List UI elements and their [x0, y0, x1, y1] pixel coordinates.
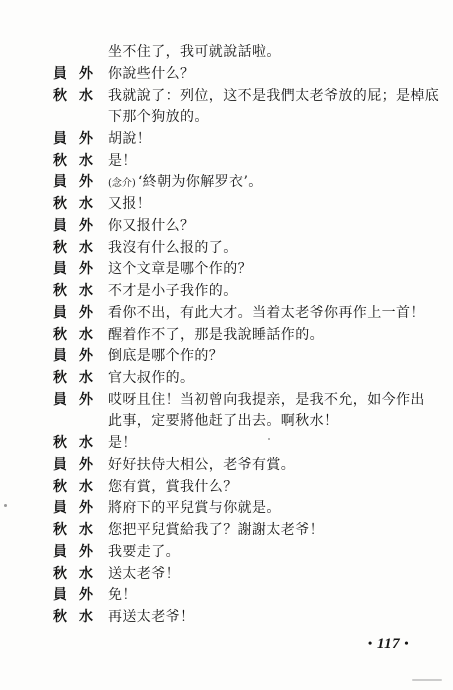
dialogue-line: 秋 水 官大叔作的。 [0, 368, 453, 390]
speaker-name-char: 秋 [52, 281, 68, 303]
speaker-name-char: 外 [78, 585, 94, 607]
dialogue-text: 哎呀且住！当初曾向我提亲，是我不允，如今作出 [108, 390, 425, 412]
speaker-name-char: 員 [52, 216, 68, 238]
speaker-name-char: 外 [78, 129, 94, 151]
dialogue-line: 員 外 好好扶侍大相公，老爷有賞。 [0, 455, 453, 477]
bullet-dot-icon: • [368, 636, 373, 650]
document-page: 坐不住了，我可就說話啦。 員 外 你說些什么？ 秋 水 我就說了：列位，这不是我… [0, 0, 453, 690]
speaker-name-char: 秋 [52, 194, 68, 216]
speaker-name-char: 員 [52, 498, 68, 520]
speaker-name-char: 外 [78, 259, 94, 281]
dialogue-text: 我沒有什么报的了。 [108, 238, 238, 260]
dialogue-line: 員 外 我要走了。 [0, 542, 453, 564]
dialogue-line: 員 外 你說些什么？ [0, 64, 453, 86]
dialogue-text: 送太老爷！ [108, 564, 180, 586]
speaker-name-char: 外 [78, 346, 94, 368]
dialogue-text: 醒着作不了，那是我說睡話作的。 [108, 325, 324, 347]
speaker-name-char: 水 [78, 607, 94, 629]
dialogue-line: 秋 水 再送太老爷！ [0, 607, 453, 629]
speaker-name-char: 秋 [52, 520, 68, 542]
dialogue-text: 是！ [108, 433, 137, 455]
dialogue-text-with-direction: (念介)‘終朝为你解罗衣’。 [108, 172, 263, 195]
dialogue-line: 員 外 (念介)‘終朝为你解罗衣’。 [0, 172, 453, 194]
speaker-name-char: 秋 [52, 564, 68, 586]
dialogue-text: 將府下的平兒賞与你就是。 [108, 498, 281, 520]
speaker-name-char: 秋 [52, 607, 68, 629]
dialogue-line: 員 外 看你不出，有此大才。当着太老爷你再作上一首！ [0, 303, 453, 325]
speaker-name-char: 外 [78, 390, 94, 412]
speaker-name-char: 外 [78, 172, 94, 194]
dialogue-text: 好好扶侍大相公，老爷有賞。 [108, 455, 295, 477]
speaker-name-char: 員 [52, 129, 68, 151]
scan-speck [268, 438, 270, 440]
dialogue-text: 此事，定要將他赶了出去。啊秋水！ [108, 411, 338, 433]
dialogue-text: 看你不出，有此大才。当着太老爷你再作上一首！ [108, 303, 425, 325]
dialogue-text: 又报！ [108, 194, 151, 216]
speaker-name-char: 員 [52, 390, 68, 412]
page-number: • 117 • [368, 636, 409, 653]
dialogue-text: 不才是小子我作的。 [108, 281, 238, 303]
speaker-name-char: 員 [52, 172, 68, 194]
speaker-name-char: 外 [78, 542, 94, 564]
speaker-name-char: 秋 [52, 86, 68, 108]
dialogue-text: 您有賞，賞我什么？ [108, 477, 238, 499]
dialogue-line: 員 外 將府下的平兒賞与你就是。 [0, 498, 453, 520]
speaker-name-char: 員 [52, 303, 68, 325]
speaker-name-char: 員 [52, 585, 68, 607]
dialogue-line: 員 外 哎呀且住！当初曾向我提亲，是我不允，如今作出 [0, 390, 453, 412]
dialogue-text: 胡說！ [108, 129, 151, 151]
dialogue-text: 下那个狗放的。 [108, 107, 209, 129]
speaker-name-char: 水 [78, 151, 94, 173]
dialogue-line: 秋 水 不才是小子我作的。 [0, 281, 453, 303]
scan-speck [4, 504, 7, 507]
speaker-name-char: 秋 [52, 238, 68, 260]
speaker-name-char: 水 [78, 86, 94, 108]
speaker-name-char: 秋 [52, 325, 68, 347]
speaker-name-char: 外 [78, 64, 94, 86]
speaker-name-char: 水 [78, 477, 94, 499]
dialogue-line-continuation: 此事，定要將他赶了出去。啊秋水！ [0, 411, 453, 433]
speaker-name-char: 水 [78, 564, 94, 586]
dialogue-line: 員 外 倒底是哪个作的？ [0, 346, 453, 368]
speaker-name-char: 水 [78, 281, 94, 303]
dialogue-text: 你說些什么？ [108, 64, 194, 86]
dialogue-line: 秋 水 您有賞，賞我什么？ [0, 477, 453, 499]
dialogue-text: ‘終朝为你解罗衣’。 [138, 174, 263, 190]
dialogue-text: 倒底是哪个作的？ [108, 346, 223, 368]
dialogue-text: 这个文章是哪个作的？ [108, 259, 252, 281]
dialogue-line: 員 外 这个文章是哪个作的？ [0, 259, 453, 281]
dialogue-line-continuation: 下那个狗放的。 [0, 107, 453, 129]
speaker-name-char: 秋 [52, 368, 68, 390]
speaker-name-char: 秋 [52, 477, 68, 499]
dialogue-text: 官大叔作的。 [108, 368, 194, 390]
speaker-name-char: 員 [52, 455, 68, 477]
speaker-name-char: 水 [78, 368, 94, 390]
dialogue-text: 你又报什么？ [108, 216, 194, 238]
speaker-name-char: 員 [52, 346, 68, 368]
dialogue-text: 免！ [108, 585, 137, 607]
dialogue-line: 秋 水 又报！ [0, 194, 453, 216]
stage-direction: (念介) [108, 178, 136, 189]
dialogue-text: 再送太老爷！ [108, 607, 194, 629]
dialogue-line: 員 外 免！ [0, 585, 453, 607]
speaker-name-char: 水 [78, 238, 94, 260]
speaker-name-char: 員 [52, 259, 68, 281]
speaker-name-char: 水 [78, 194, 94, 216]
dialogue-text: 坐不住了，我可就說話啦。 [108, 42, 281, 64]
dialogue-line: 坐不住了，我可就說話啦。 [0, 42, 453, 64]
speaker-name-char: 外 [78, 498, 94, 520]
dialogue-line: 員 外 胡說！ [0, 129, 453, 151]
dialogue-text: 我就說了：列位，这不是我們太老爷放的屁；是棹底 [108, 86, 439, 108]
speaker-name-char: 秋 [52, 151, 68, 173]
speaker-name-char: 外 [78, 455, 94, 477]
dialogue-line: 秋 水 醒着作不了，那是我說睡話作的。 [0, 325, 453, 347]
dialogue-text: 是！ [108, 151, 137, 173]
dialogue-line: 秋 水 是！ [0, 151, 453, 173]
dialogue-line: 秋 水 送太老爷！ [0, 564, 453, 586]
dialogue-line: 秋 水 是！ [0, 433, 453, 455]
speaker-name-char: 外 [78, 303, 94, 325]
speaker-name-char: 員 [52, 64, 68, 86]
bullet-dot-icon: • [404, 636, 409, 650]
speaker-name-char: 秋 [52, 433, 68, 455]
dialogue-text: 您把平兒賞給我了？謝謝太老爷！ [108, 520, 324, 542]
speaker-name-char: 水 [78, 433, 94, 455]
scan-speck [412, 679, 442, 681]
dialogue-line: 秋 水 您把平兒賞給我了？謝謝太老爷！ [0, 520, 453, 542]
speaker-name-char: 外 [78, 216, 94, 238]
dialogue-text: 我要走了。 [108, 542, 180, 564]
dialogue-line: 秋 水 我沒有什么报的了。 [0, 238, 453, 260]
speaker-name-char: 水 [78, 520, 94, 542]
speaker-name-char: 員 [52, 542, 68, 564]
dialogue-line: 員 外 你又报什么？ [0, 216, 453, 238]
speaker-name-char: 水 [78, 325, 94, 347]
dialogue-line: 秋 水 我就說了：列位，这不是我們太老爷放的屁；是棹底 [0, 86, 453, 108]
page-number-value: 117 [377, 636, 400, 652]
